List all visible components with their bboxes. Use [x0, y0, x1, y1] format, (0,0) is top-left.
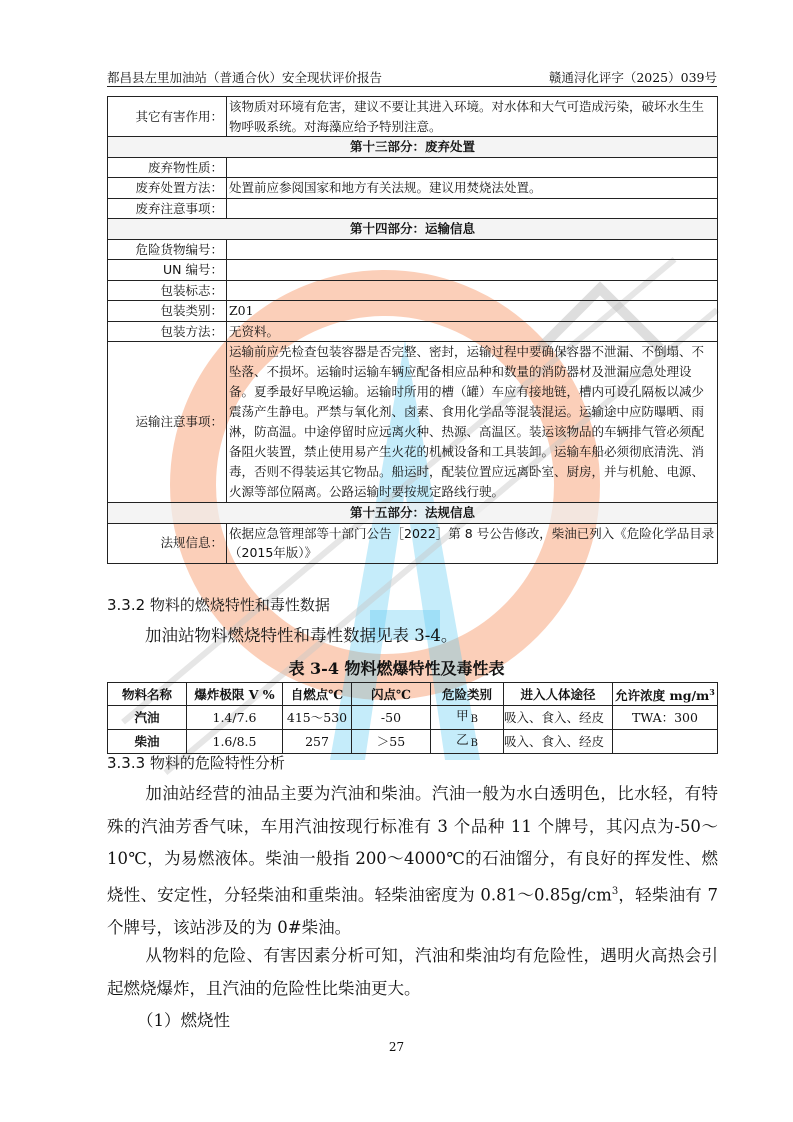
table-header-row: 物料名称 爆炸极限 V % 自燃点℃ 闪点℃ 危险类别 进入人体途径 允许浓度 … [108, 683, 718, 706]
document-page: 都昌县左里加油站（普通合伙）安全现状评价报告 赣通浔化评字（2025）039号 … [0, 0, 793, 1122]
cell-allowed-conc: TWA：300 [613, 706, 718, 730]
table-row: 其它有害作用： 该物质对环境有危害，建议不要让其进入环境。对水体和大气可造成污染… [108, 97, 718, 137]
conclusion-text: 从物料的危险、有害因素分析可知，汽油和柴油均有危险性，遇明火高热会引起燃烧爆炸，… [107, 946, 718, 998]
table-row: 包装类别： Z01 [108, 301, 718, 322]
table-row: 包装方法： 无资料。 [108, 321, 718, 342]
row-value [227, 198, 718, 219]
table-row: 汽油 1.4/7.6 415～530 -50 甲B 吸入、食入、经皮 TWA：3… [108, 706, 718, 730]
table-row: 危险货物编号： [108, 239, 718, 260]
row-value [227, 260, 718, 281]
table-row: 废弃注意事项： [108, 198, 718, 219]
cell-explosion-limit: 1.6/8.5 [187, 730, 283, 754]
hazard-subclass: B [471, 714, 478, 725]
cell-route: 吸入、食入、经皮 [504, 730, 613, 754]
table-row: 柴油 1.6/8.5 257 ＞55 乙B 吸入、食入、经皮 [108, 730, 718, 754]
item-label: （1）燃烧性 [137, 1011, 230, 1030]
row-label: 包装方法： [108, 321, 227, 342]
table-row: 包装标志： [108, 280, 718, 301]
table-caption: 表 3-4 物料燃爆特性及毒性表 [0, 656, 793, 679]
row-value: 处置前应参阅国家和地方有关法规。建议用焚烧法处置。 [227, 178, 718, 199]
msds-table: 其它有害作用： 该物质对环境有危害，建议不要让其进入环境。对水体和大气可造成污染… [107, 96, 718, 564]
section-title: 第十五部分：法规信息 [108, 503, 718, 524]
row-label: 废弃物性质： [108, 157, 227, 178]
row-value: 依据应急管理部等十部门公告［2022］第 8 号公告修改，柴油已列入《危险化学品… [227, 523, 718, 563]
table-row: UN 编号： [108, 260, 718, 281]
table-row: 运输注意事项： 运输前应先检查包装容器是否完整、密封，运输过程中要确保容器不泄漏… [108, 342, 718, 503]
col-header: 爆炸极限 V % [187, 683, 283, 706]
col-header-text: 允许浓度 mg/m [615, 688, 709, 703]
col-header-conc: 允许浓度 mg/m3 [613, 683, 718, 706]
cell-autoignition: 415～530 [283, 706, 352, 730]
row-label: 运输注意事项： [108, 342, 227, 503]
intro-text: 加油站物料燃烧特性和毒性数据见表 3-4。 [145, 626, 457, 645]
row-value [227, 239, 718, 260]
section-title: 第十三部分：废弃处置 [108, 137, 718, 158]
cell-route: 吸入、食入、经皮 [504, 706, 613, 730]
list-item-combustibility: （1）燃烧性 [107, 1005, 718, 1038]
hazard-class: 乙 [456, 732, 469, 747]
row-value [227, 280, 718, 301]
hazard-class: 甲 [456, 708, 469, 723]
row-label: 废弃处置方法： [108, 178, 227, 199]
row-label: UN 编号： [108, 260, 227, 281]
cell-flash-point: -50 [352, 706, 431, 730]
row-value: 运输前应先检查包装容器是否完整、密封，运输过程中要确保容器不泄漏、不倒塌、不坠落… [227, 342, 718, 503]
cell-name: 汽油 [108, 706, 187, 730]
row-value: Z01 [227, 301, 718, 322]
section-title: 第十四部分：运输信息 [108, 219, 718, 240]
page-header: 都昌县左里加油站（普通合伙）安全现状评价报告 赣通浔化评字（2025）039号 [107, 68, 717, 87]
col-header: 自燃点℃ [283, 683, 352, 706]
section-header-15: 第十五部分：法规信息 [108, 503, 718, 524]
row-label: 废弃注意事项： [108, 198, 227, 219]
paragraph-conclusion: 从物料的危险、有害因素分析可知，汽油和柴油均有危险性，遇明火高热会引起燃烧爆炸，… [107, 940, 718, 1005]
cell-flash-point: ＞55 [352, 730, 431, 754]
row-value [227, 157, 718, 178]
col-header: 闪点℃ [352, 683, 431, 706]
col-header: 危险类别 [431, 683, 504, 706]
section-header-14: 第十四部分：运输信息 [108, 219, 718, 240]
row-label: 法规信息： [108, 523, 227, 563]
paragraph-intro: 加油站物料燃烧特性和毒性数据见表 3-4。 [107, 620, 718, 653]
table-row: 废弃物性质： [108, 157, 718, 178]
cell-autoignition: 257 [283, 730, 352, 754]
properties-table: 物料名称 爆炸极限 V % 自燃点℃ 闪点℃ 危险类别 进入人体途径 允许浓度 … [107, 682, 718, 754]
section-header-13: 第十三部分：废弃处置 [108, 137, 718, 158]
section-heading-333: 3.3.3 物料的危险特性分析 [107, 752, 285, 773]
cell-name: 柴油 [108, 730, 187, 754]
col-header: 物料名称 [108, 683, 187, 706]
row-value: 该物质对环境有危害，建议不要让其进入环境。对水体和大气可造成污染，破坏水生生物呼… [227, 97, 718, 137]
col-header: 进入人体途径 [504, 683, 613, 706]
table-row: 废弃处置方法： 处置前应参阅国家和地方有关法规。建议用焚烧法处置。 [108, 178, 718, 199]
row-label: 包装标志： [108, 280, 227, 301]
paragraph-analysis: 加油站经营的油品主要为汽油和柴油。汽油一般为水白透明色，比水轻，有特殊的汽油芳香… [107, 778, 718, 944]
hazard-subclass: B [471, 738, 478, 749]
row-value: 无资料。 [227, 321, 718, 342]
section-heading-332: 3.3.2 物料的燃烧特性和毒性数据 [107, 594, 330, 615]
row-label: 其它有害作用： [108, 97, 227, 137]
page-number: 27 [0, 1040, 793, 1054]
table-row: 法规信息： 依据应急管理部等十部门公告［2022］第 8 号公告修改，柴油已列入… [108, 523, 718, 563]
unit-superscript: 3 [709, 687, 715, 697]
cell-explosion-limit: 1.4/7.6 [187, 706, 283, 730]
cell-hazard-class: 甲B [431, 706, 504, 730]
cell-allowed-conc [613, 730, 718, 754]
report-title: 都昌县左里加油站（普通合伙）安全现状评价报告 [107, 68, 382, 86]
cell-hazard-class: 乙B [431, 730, 504, 754]
doc-number: 赣通浔化评字（2025）039号 [549, 68, 717, 86]
row-label: 包装类别： [108, 301, 227, 322]
row-label: 危险货物编号： [108, 239, 227, 260]
